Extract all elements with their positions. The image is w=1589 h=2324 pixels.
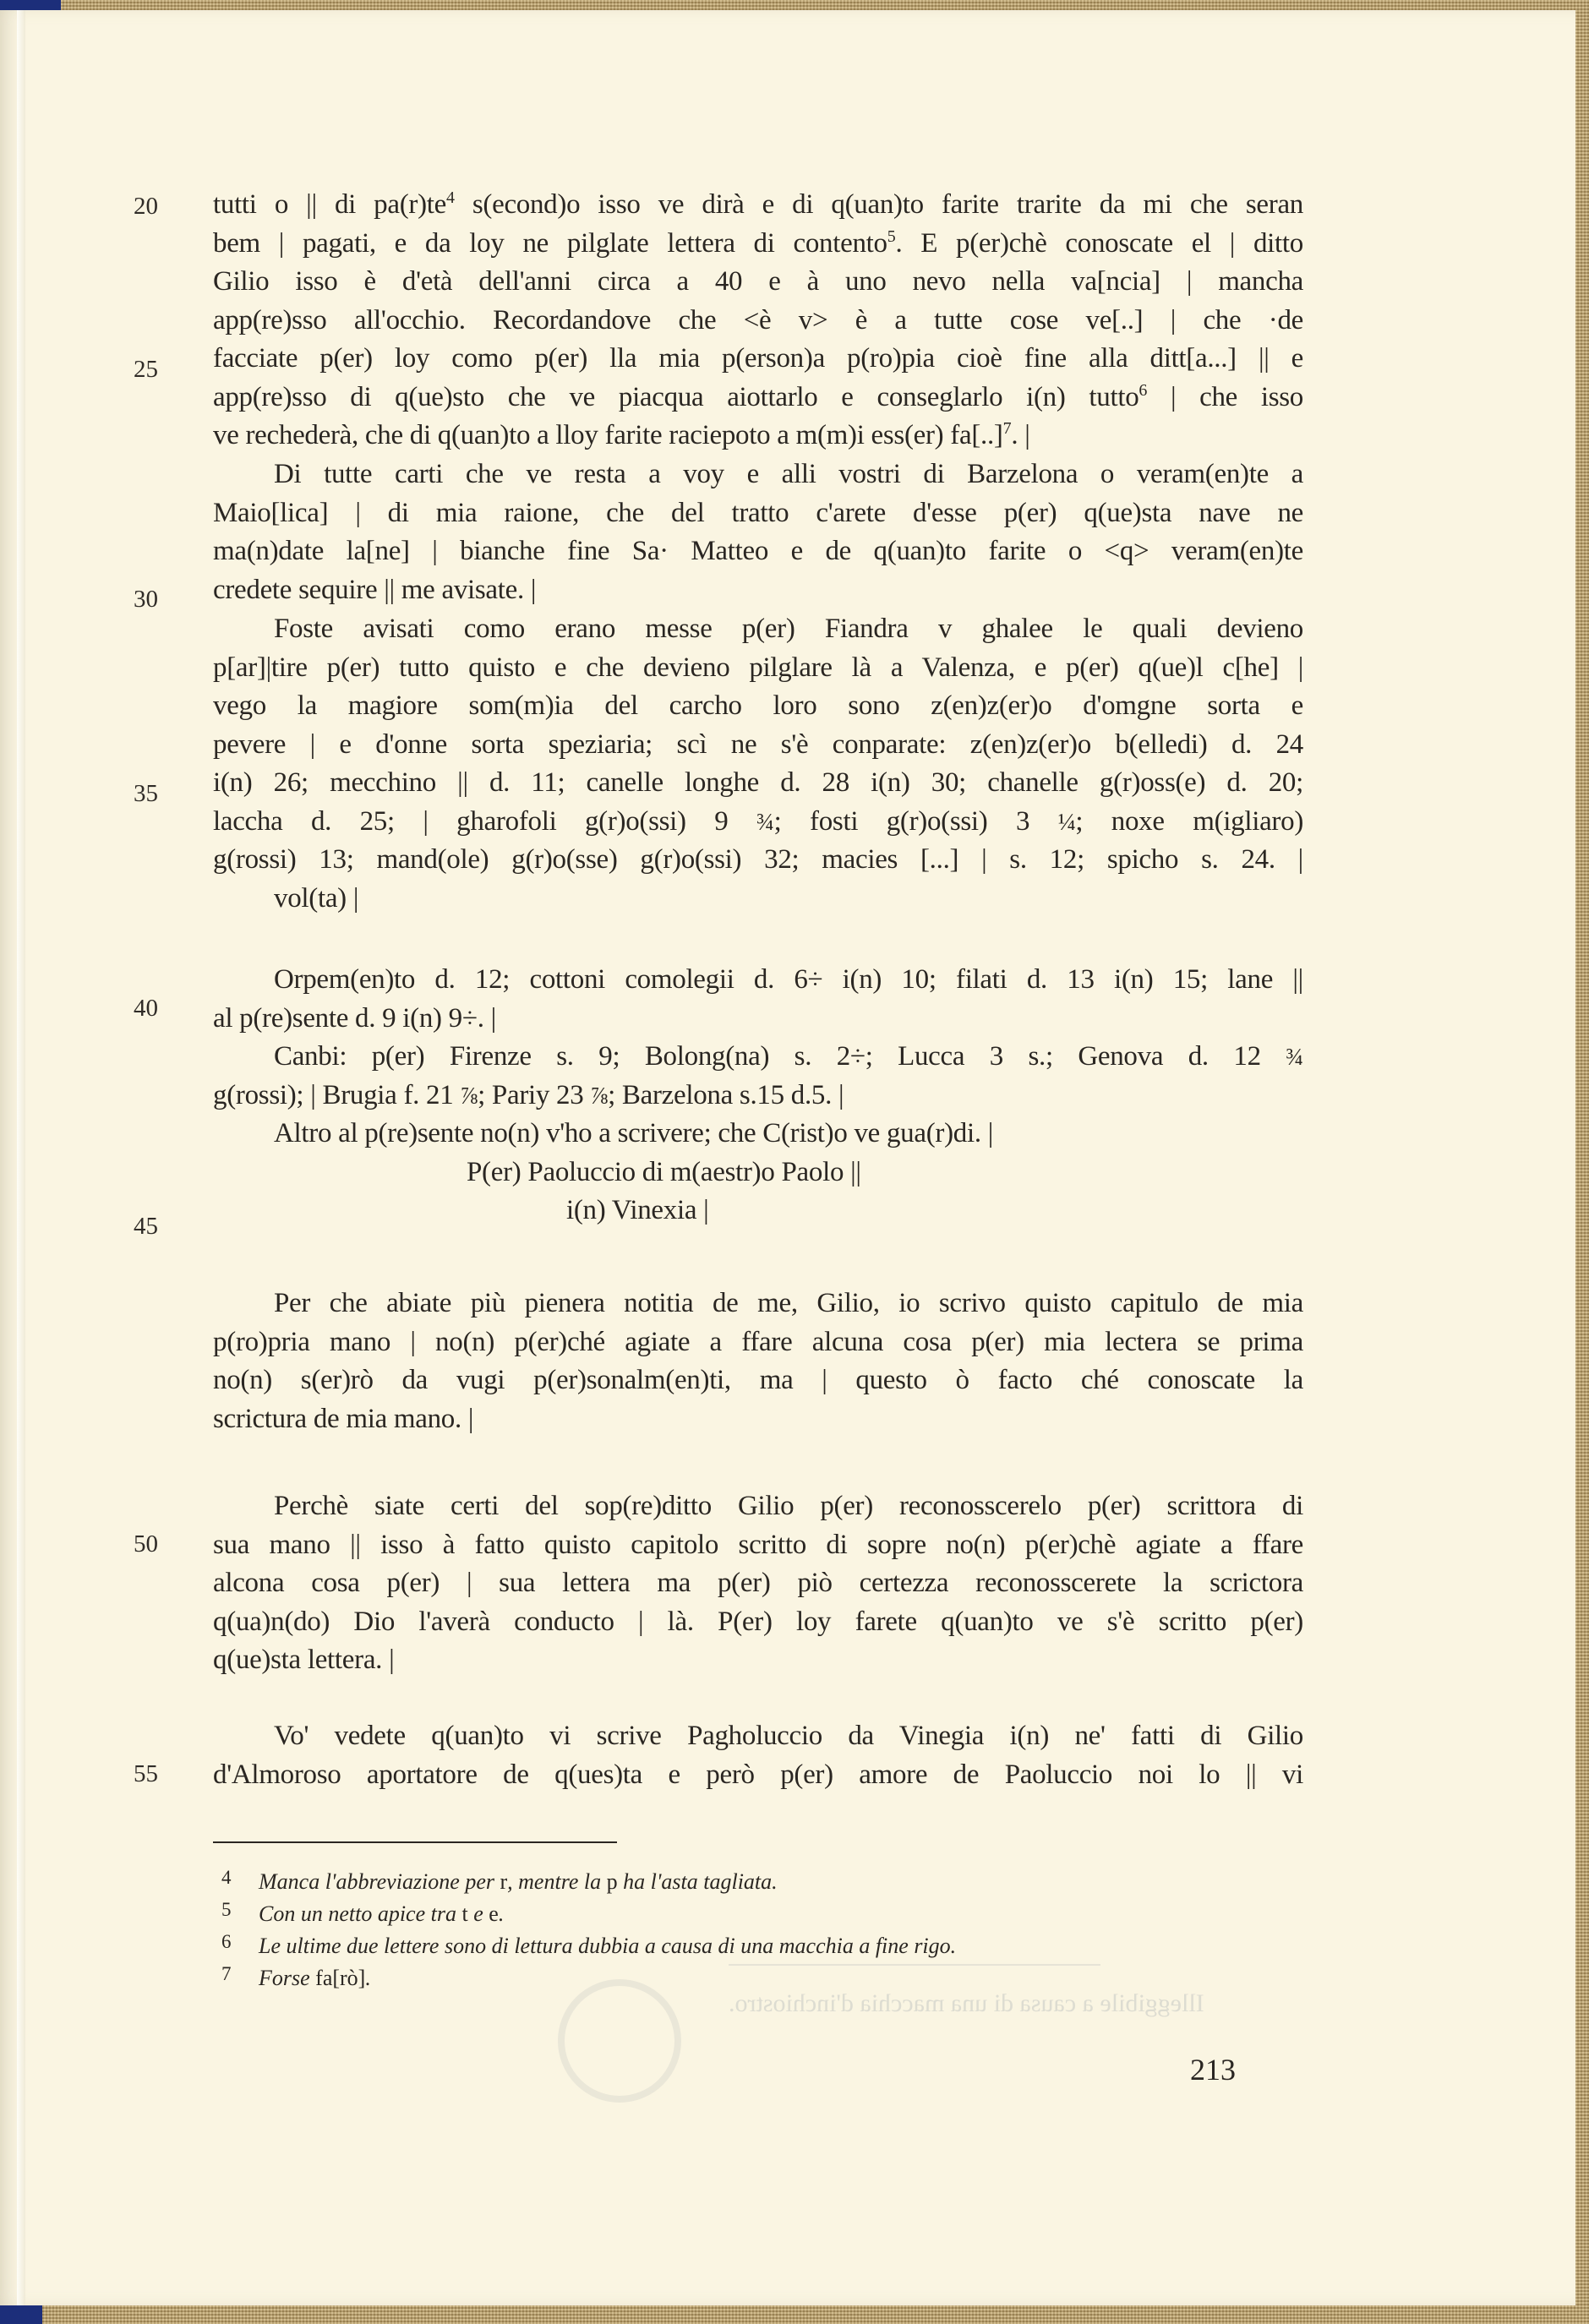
footnote-5: 5 Con un netto apice tra t e e. — [221, 1901, 1236, 1934]
line-number: 20 — [134, 194, 158, 219]
fraction: ¾ — [1286, 1045, 1303, 1071]
footnote-ref[interactable]: 5 — [887, 227, 896, 246]
book-spine-edge-top — [0, 0, 61, 10]
paragraph-perche-siate: Perchè siate certi del sop(re)ditto Gili… — [213, 1487, 1303, 1680]
fraction: ¾ — [756, 810, 774, 836]
line-number: 30 — [134, 587, 158, 612]
line-number: 35 — [134, 782, 158, 806]
line-number: 55 — [134, 1762, 158, 1787]
line-number: 45 — [134, 1214, 158, 1239]
book-page: Illeggibile a causa di una macchia d'inc… — [0, 10, 1575, 2305]
footnote-separator — [213, 1841, 617, 1843]
footnote-6: 6 Le ultime due lettere sono di lettura … — [221, 1934, 1236, 1966]
footnote-7: 7 Forse fa[rò]. — [221, 1966, 1236, 1998]
paragraph-carti: Di tutte carti che ve resta a voy e alli… — [213, 456, 1303, 609]
paragraph-canbi-exchange: Canbi: p(er) Firenze s. 9; Bolong(na) s.… — [213, 1038, 1303, 1115]
page-gutter-fold — [17, 10, 25, 2305]
line-number: 50 — [134, 1532, 158, 1557]
fraction: ⅞ — [460, 1083, 478, 1110]
footnote-number: 4 — [221, 1867, 259, 1889]
footnotes: 4 Manca l'abbreviazione per r, mentre la… — [221, 1869, 1236, 1998]
page-number: 213 — [1190, 2052, 1236, 2087]
fraction: ⅞ — [590, 1083, 608, 1110]
footnote-ref[interactable]: 6 — [1139, 381, 1147, 400]
signature-line-1: P(er) Paoluccio di m(aestr)o Paolo || — [213, 1154, 1303, 1192]
paragraph-orpemento: Orpem(en)to d. 12; cottoni comolegii d. … — [213, 961, 1303, 1038]
paragraph-gilio-autograph: Per che abiate più pienera notitia de me… — [213, 1285, 1303, 1438]
footnote-number: 6 — [221, 1931, 259, 1953]
footnote-ref[interactable]: 7 — [1003, 419, 1012, 438]
fraction: ¼ — [1058, 810, 1076, 836]
line-number: 25 — [134, 357, 158, 382]
signature-line-2: i(n) Vinexia | — [213, 1192, 1303, 1230]
footnote-number: 7 — [221, 1963, 259, 1985]
paragraph-fiandra-galleys: Foste avisati como erano messe p(er) Fia… — [213, 610, 1303, 918]
paragraph-vo-vedete: Vo' vedete q(uan)to vi scrive Pagholucci… — [213, 1717, 1303, 1794]
footnote-ref[interactable]: 4 — [446, 188, 455, 207]
line-number: 40 — [134, 996, 158, 1021]
paragraph-letter-opening: tutti o || di pa(r)te4 s(econd)o isso ve… — [213, 186, 1303, 456]
footnote-number: 5 — [221, 1899, 259, 1921]
paragraph-closing: Altro al p(re)sente no(n) v'ho a scriver… — [213, 1115, 1303, 1230]
footnote-4: 4 Manca l'abbreviazione per r, mentre la… — [221, 1869, 1236, 1901]
book-spine-edge-bottom — [0, 2305, 42, 2324]
